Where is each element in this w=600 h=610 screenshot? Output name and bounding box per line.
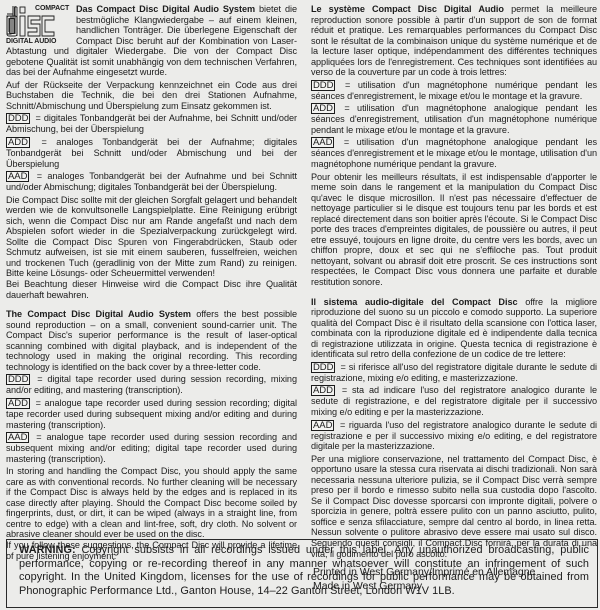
german-code-add: ADD = analoges Tonbandgerät bei der Aufn… xyxy=(6,137,297,169)
french-code-add: ADD = utilisation d'un magnétophone anal… xyxy=(311,103,597,135)
english-section: The Compact Disc Digital Audio System of… xyxy=(6,309,297,561)
french-code-ddd: DDD = utilisation d'un magnétophone numé… xyxy=(311,80,597,102)
code-description: = sta ad indicare l'uso del registratore… xyxy=(311,385,597,417)
italian-title: Il sistema audio-digitale del Compact Di… xyxy=(311,297,518,307)
french-code-aad: AAD = utilisation d'un magnétophone anal… xyxy=(311,137,597,169)
german-closing: Bei Beachtung dieser Hinweise wird die C… xyxy=(6,279,297,300)
left-column: COMPACT DIGITAL AUDIO Das Compact Disc D… xyxy=(6,4,297,563)
german-care: Die Compact Disc sollte mit der gleichen… xyxy=(6,195,297,279)
french-section: Le système Compact Disc Digital Audio pe… xyxy=(311,4,597,288)
code-description: = digital tape recorder used during sess… xyxy=(6,374,297,395)
code-badge: AAD xyxy=(6,171,29,182)
code-description: = si riferisce all'uso del registratore … xyxy=(311,362,597,383)
german-code-intro: Auf der Rückseite der Verpackung kennzei… xyxy=(6,80,297,112)
german-section: COMPACT DIGITAL AUDIO Das Compact Disc D… xyxy=(6,4,297,300)
code-badge: DDD xyxy=(311,80,335,91)
german-code-ddd: DDD = digitales Tonbandgerät bei der Auf… xyxy=(6,113,297,135)
code-description: = utilisation d'un magnétophone analogiq… xyxy=(311,103,597,135)
english-code-add: ADD = analogue tape recorder used during… xyxy=(6,398,297,430)
italian-code-add: ADD = sta ad indicare l'uso del registra… xyxy=(311,385,597,417)
code-badge: AAD xyxy=(311,137,334,148)
italian-section: Il sistema audio-digitale del Compact Di… xyxy=(311,297,597,559)
italian-code-ddd: DDD = si riferisce all'uso del registrat… xyxy=(311,362,597,384)
code-badge: DDD xyxy=(6,113,30,124)
french-care: Pour obtenir les meilleurs résultats, il… xyxy=(311,172,597,288)
code-badge: AAD xyxy=(6,432,29,443)
logo-compact-text: COMPACT xyxy=(35,4,69,15)
french-title: Le système Compact Disc Digital Audio xyxy=(311,4,504,14)
code-badge: ADD xyxy=(6,137,30,148)
right-column: Le système Compact Disc Digital Audio pe… xyxy=(311,4,597,593)
code-description: = riguarda l'uso del registratore analog… xyxy=(311,420,597,452)
code-description: = analogue tape recorder used during ses… xyxy=(6,398,297,430)
german-title: Das Compact Disc Digital Audio System xyxy=(76,4,255,14)
code-description: = utilisation d'un magnétophone analogiq… xyxy=(311,137,597,169)
code-description: = analoges Tonbandgerät bei der Aufnahme… xyxy=(6,171,297,192)
english-code-aad: AAD = analogue tape recorder used during… xyxy=(6,432,297,464)
logo-digital-audio-text: DIGITAL AUDIO xyxy=(6,37,56,48)
code-description: = utilisation d'un magnétophone numériqu… xyxy=(311,80,597,101)
compact-disc-logo: COMPACT DIGITAL AUDIO xyxy=(6,4,72,44)
code-badge: DDD xyxy=(311,362,335,373)
code-badge: ADD xyxy=(6,398,30,409)
code-description: = analogue tape recorder used during ses… xyxy=(6,432,297,464)
german-code-aad: AAD = analoges Tonbandgerät bei der Aufn… xyxy=(6,171,297,193)
english-code-ddd: DDD = digital tape recorder used during … xyxy=(6,374,297,396)
code-badge: ADD xyxy=(311,103,335,114)
code-description: = analoges Tonbandgerät bei der Aufnahme… xyxy=(6,137,297,169)
code-badge: DDD xyxy=(6,374,30,385)
french-intro: permet la meilleure reproduction sonore … xyxy=(311,4,597,77)
english-care: In storing and handling the Compact Disc… xyxy=(6,466,297,540)
warning-text: Copyright subsists in all recordings iss… xyxy=(19,544,589,597)
english-title: The Compact Disc Digital Audio System xyxy=(6,309,191,319)
italian-code-aad: AAD = riguarda l'uso del registratore an… xyxy=(311,420,597,452)
copyright-warning-box: WARNING: Copyright subsists in all recor… xyxy=(6,539,598,608)
warning-label: WARNING: xyxy=(19,544,76,556)
code-badge: AAD xyxy=(311,420,334,431)
code-description: = digitales Tonbandgerät bei der Aufnahm… xyxy=(6,113,297,134)
code-badge: ADD xyxy=(311,385,335,396)
